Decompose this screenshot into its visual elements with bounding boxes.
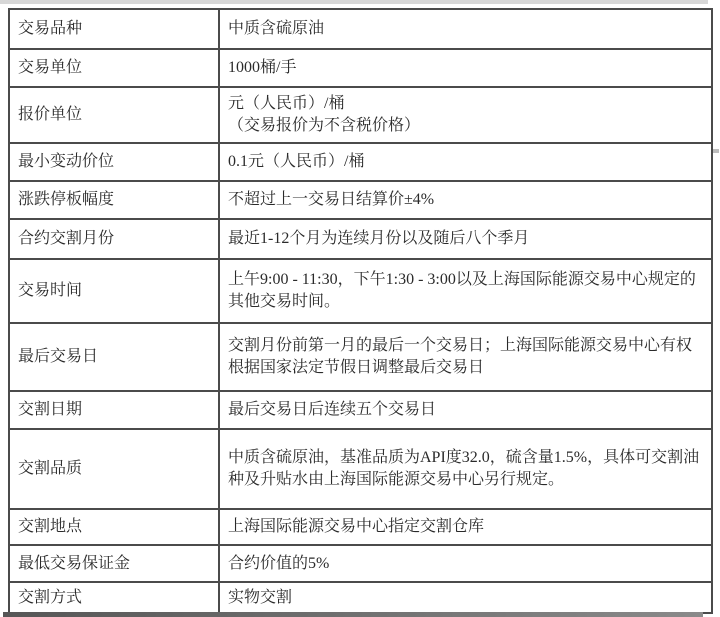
- spec-row: 合约交割月份 最近1-12个月为连续月份以及随后八个季月: [9, 219, 712, 259]
- spec-row: 交割方式 实物交割: [9, 582, 712, 613]
- spec-value: 0.1元（人民币）/桶: [219, 143, 712, 181]
- spec-label: 交割日期: [9, 391, 219, 429]
- spec-value: 不超过上一交易日结算价±4%: [219, 181, 712, 219]
- spec-label: 涨跌停板幅度: [9, 181, 219, 219]
- spec-row: 最低交易保证金 合约价值的5%: [9, 545, 712, 582]
- spec-row: 交割地点 上海国际能源交易中心指定交割仓库: [9, 509, 712, 545]
- spec-value: 交割月份前第一月的最后一个交易日；上海国际能源交易中心有权根据国家法定节假日调整…: [219, 323, 712, 391]
- spec-row: 报价单位 元（人民币）/桶 （交易报价为不含税价格）: [9, 87, 712, 143]
- cropped-previous-row-strip: [0, 0, 708, 4]
- spec-label: 交割方式: [9, 582, 219, 613]
- spec-label: 交易时间: [9, 259, 219, 323]
- spec-row: 最小变动价位 0.1元（人民币）/桶: [9, 143, 712, 181]
- contract-spec-table: 交易品种 中质含硫原油 交易单位 1000桶/手 报价单位 元（人民币）/桶 （…: [8, 8, 713, 614]
- spec-row: 交割日期 最后交易日后连续五个交易日: [9, 391, 712, 429]
- spec-label: 合约交割月份: [9, 219, 219, 259]
- cropped-next-row-strip: [3, 612, 703, 617]
- spec-label: 最后交易日: [9, 323, 219, 391]
- spec-label: 交割地点: [9, 509, 219, 545]
- spec-value: 上午9:00 - 11:30，下午1:30 - 3:00以及上海国际能源交易中心…: [219, 259, 712, 323]
- spec-value: 上海国际能源交易中心指定交割仓库: [219, 509, 712, 545]
- edge-artifact: [713, 149, 719, 153]
- spec-row: 交割品质 中质含硫原油，基准品质为API度32.0，硫含量1.5%，具体可交割油…: [9, 429, 712, 509]
- spec-value: 合约价值的5%: [219, 545, 712, 582]
- spec-row: 最后交易日 交割月份前第一月的最后一个交易日；上海国际能源交易中心有权根据国家法…: [9, 323, 712, 391]
- spec-value: 中质含硫原油: [219, 9, 712, 49]
- spec-row: 交易时间 上午9:00 - 11:30，下午1:30 - 3:00以及上海国际能…: [9, 259, 712, 323]
- spec-value: 最后交易日后连续五个交易日: [219, 391, 712, 429]
- spec-value: 实物交割: [219, 582, 712, 613]
- spec-label: 最小变动价位: [9, 143, 219, 181]
- spec-label: 交易品种: [9, 9, 219, 49]
- spec-label: 报价单位: [9, 87, 219, 143]
- spec-label: 交易单位: [9, 49, 219, 87]
- spec-value: 1000桶/手: [219, 49, 712, 87]
- spec-value: 最近1-12个月为连续月份以及随后八个季月: [219, 219, 712, 259]
- spec-label: 最低交易保证金: [9, 545, 219, 582]
- spec-value: 元（人民币）/桶 （交易报价为不含税价格）: [219, 87, 712, 143]
- spec-value: 中质含硫原油，基准品质为API度32.0，硫含量1.5%，具体可交割油种及升贴水…: [219, 429, 712, 509]
- spec-label: 交割品质: [9, 429, 219, 509]
- spec-row: 涨跌停板幅度 不超过上一交易日结算价±4%: [9, 181, 712, 219]
- contract-spec-page: 交易品种 中质含硫原油 交易单位 1000桶/手 报价单位 元（人民币）/桶 （…: [0, 0, 720, 617]
- spec-row: 交易品种 中质含硫原油: [9, 9, 712, 49]
- spec-row: 交易单位 1000桶/手: [9, 49, 712, 87]
